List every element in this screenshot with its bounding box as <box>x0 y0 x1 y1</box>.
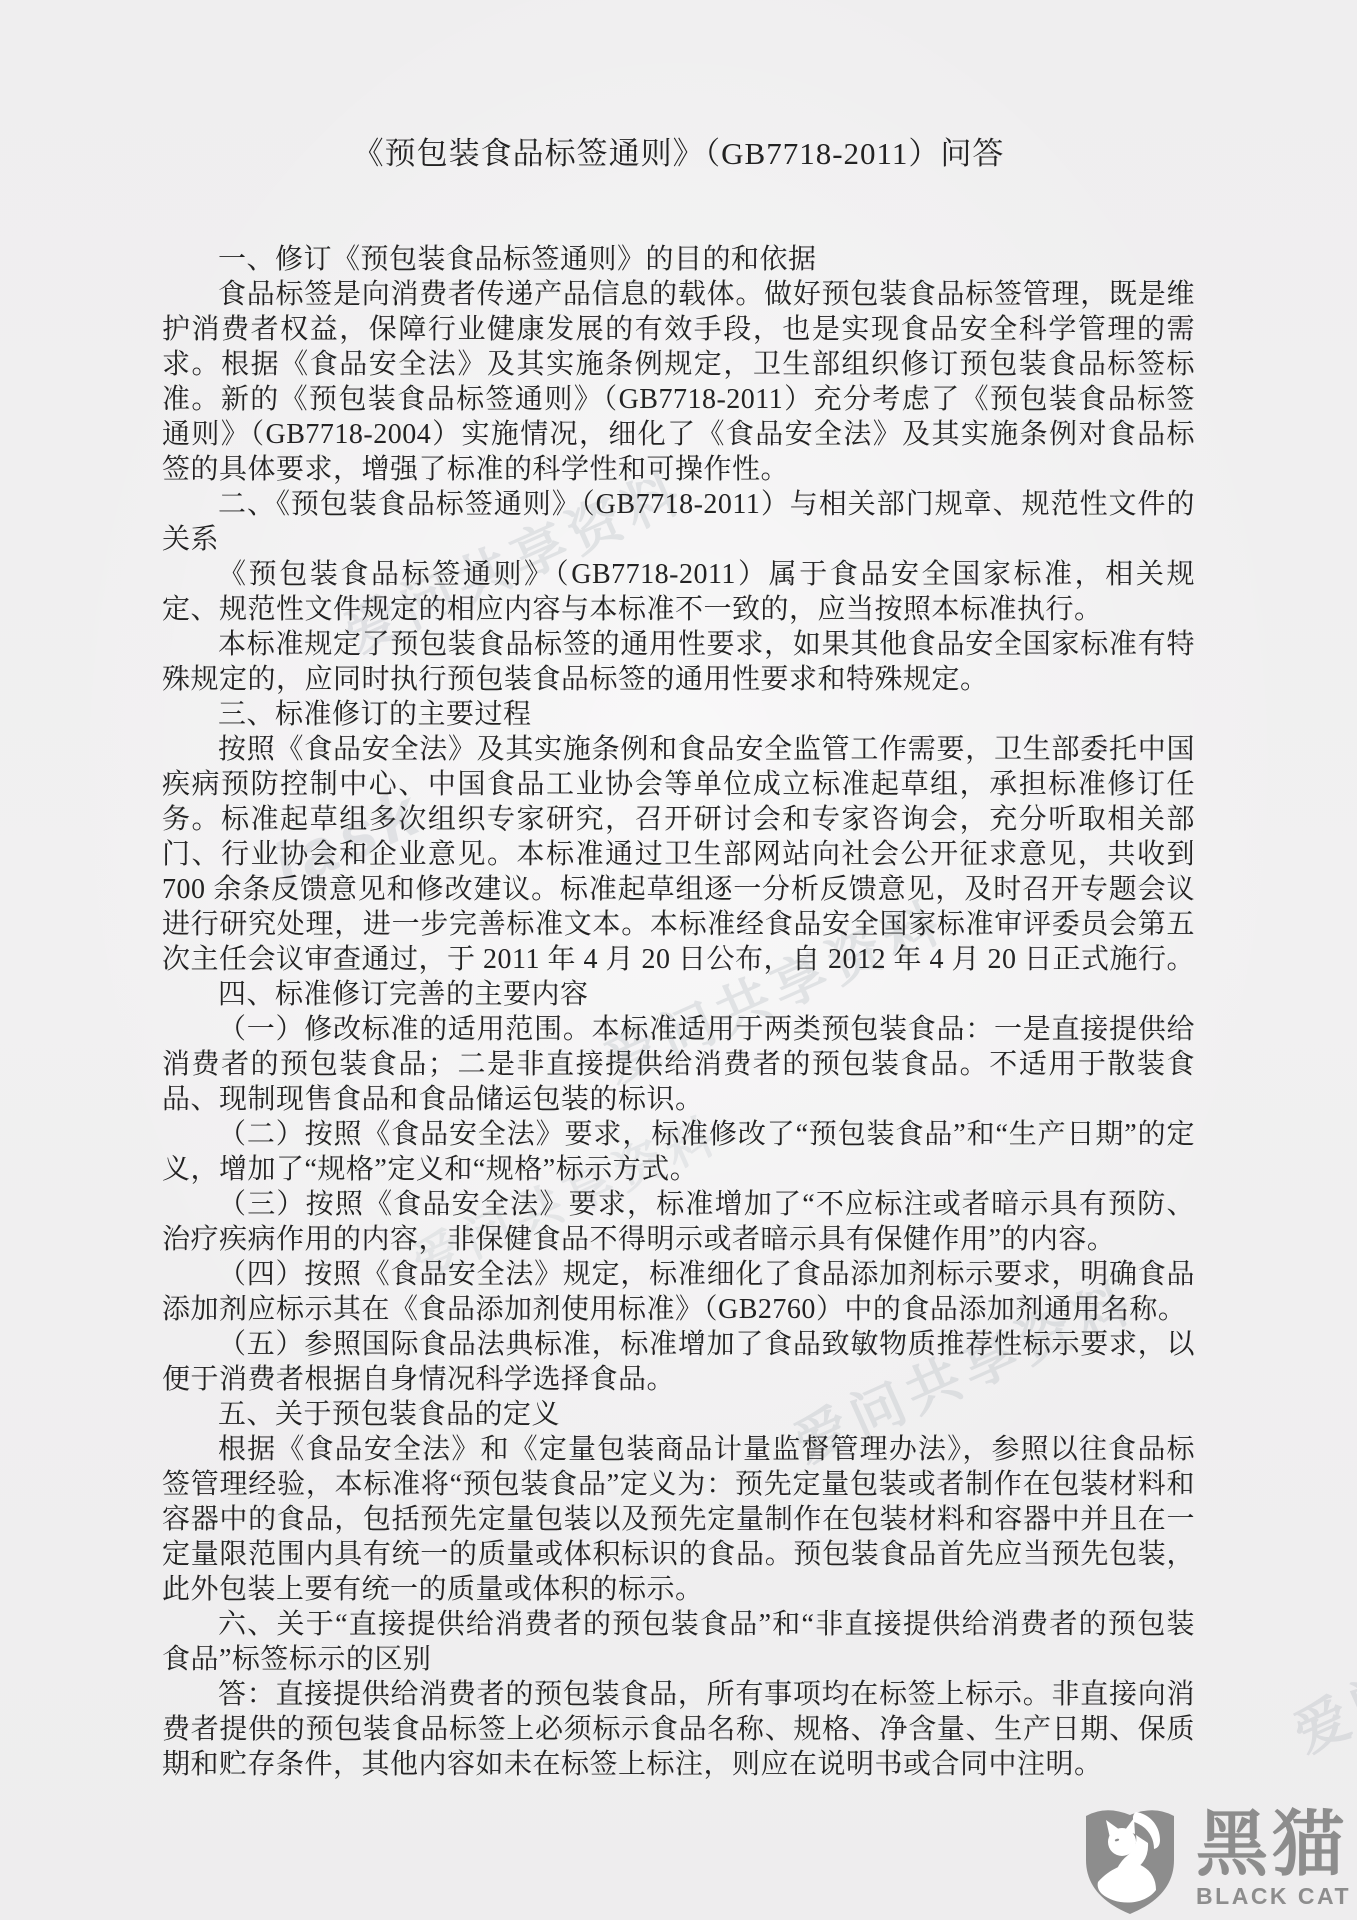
black-cat-cn-label: 黑猫 <box>1196 1809 1348 1881</box>
black-cat-en-label: BLACK CAT <box>1196 1883 1351 1909</box>
section-heading: 六、关于“直接提供给消费者的预包装食品”和“非直接提供给消费者的预包装食品”标签… <box>162 1607 1195 1677</box>
black-cat-logo: 黑猫 BLACK CAT <box>1080 1802 1351 1915</box>
scanned-page: 爱问共享资料 iask 爱问共享资料 爱问共享资料 爱问共享资料 爱问共享资料 … <box>0 0 1357 1920</box>
paragraph: 根据《食品安全法》和《定量包装商品计量监督管理办法》，参照以往食品标签管理经验，… <box>162 1432 1195 1607</box>
paragraph: 按照《食品安全法》及其实施条例和食品安全监管工作需要，卫生部委托中国疾病预防控制… <box>162 732 1195 977</box>
paragraph: 答：直接提供给消费者的预包装食品，所有事项均在标签上标示。非直接向消费者提供的预… <box>162 1677 1195 1782</box>
paragraph: 本标准规定了预包装食品标签的通用性要求，如果其他食品安全国家标准有特殊规定的，应… <box>162 627 1195 697</box>
document-content: 《预包装食品标签通则》（GB7718-2011）问答 一、修订《预包装食品标签通… <box>162 0 1195 1782</box>
section-heading: 二、《预包装食品标签通则》（GB7718-2011）与相关部门规章、规范性文件的… <box>162 487 1195 557</box>
section-heading: 三、标准修订的主要过程 <box>162 697 1195 732</box>
black-cat-shield-icon <box>1080 1802 1180 1915</box>
paragraph: （三）按照《食品安全法》要求，标准增加了“不应标注或者暗示具有预防、治疗疾病作用… <box>162 1187 1195 1257</box>
watermark-text: 爱问共享资料 <box>1280 1549 1357 1768</box>
section-heading: 一、修订《预包装食品标签通则》的目的和依据 <box>162 242 1195 277</box>
paragraph: （四）按照《食品安全法》规定，标准细化了食品添加剂标示要求，明确食品添加剂应标示… <box>162 1257 1195 1327</box>
document-body: 一、修订《预包装食品标签通则》的目的和依据食品标签是向消费者传递产品信息的载体。… <box>162 242 1195 1782</box>
section-heading: 四、标准修订完善的主要内容 <box>162 977 1195 1012</box>
paragraph: （一）修改标准的适用范围。本标准适用于两类预包装食品：一是直接提供给消费者的预包… <box>162 1012 1195 1117</box>
paragraph: （二）按照《食品安全法》要求，标准修改了“预包装食品”和“生产日期”的定义，增加… <box>162 1117 1195 1187</box>
paragraph: 食品标签是向消费者传递产品信息的载体。做好预包装食品标签管理，既是维护消费者权益… <box>162 277 1195 487</box>
black-cat-logo-text: 黑猫 BLACK CAT <box>1196 1809 1351 1909</box>
paragraph: （五）参照国际食品法典标准，标准增加了食品致敏物质推荐性标示要求，以便于消费者根… <box>162 1327 1195 1397</box>
paragraph: 《预包装食品标签通则》（GB7718-2011）属于食品安全国家标准，相关规定、… <box>162 557 1195 627</box>
section-heading: 五、关于预包装食品的定义 <box>162 1397 1195 1432</box>
page-title: 《预包装食品标签通则》（GB7718-2011）问答 <box>162 136 1195 171</box>
